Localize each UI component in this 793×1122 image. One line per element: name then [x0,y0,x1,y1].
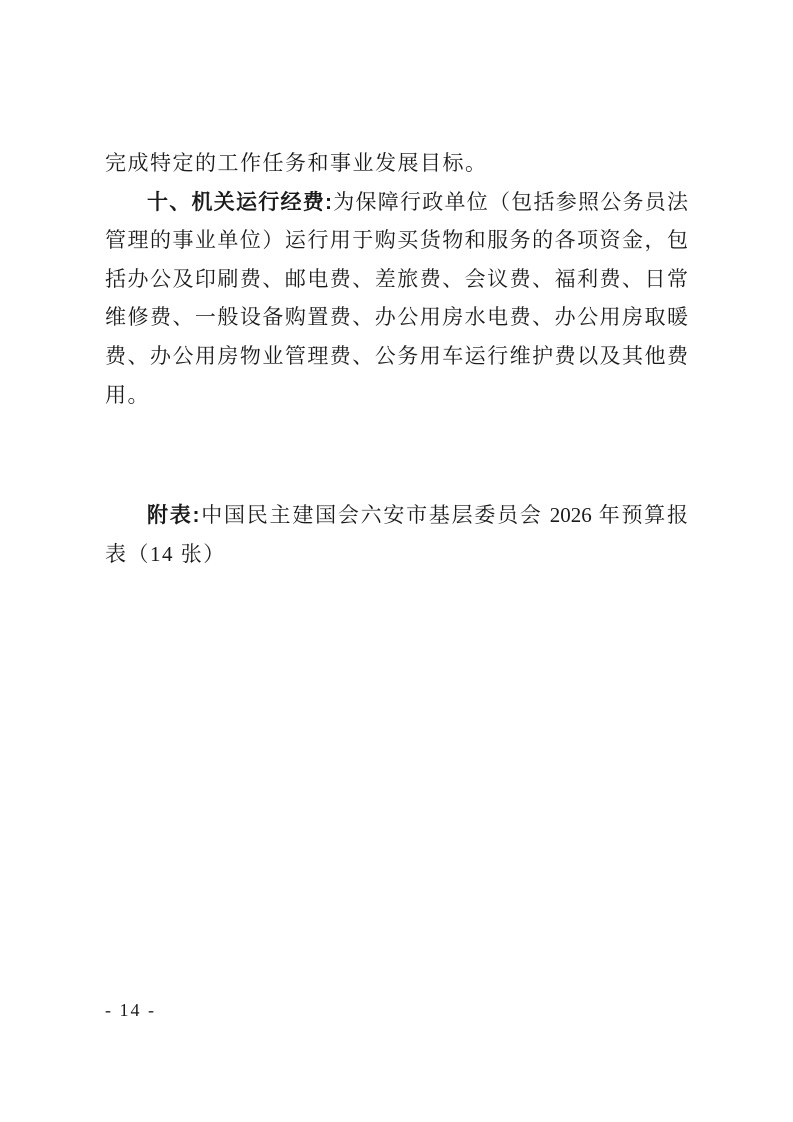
prev-paragraph-last-line: 完成特定的工作任务和事业发展目标。 [105,144,688,183]
section-10-line-5: 费、办公用房物业管理费、公务用车运行维护费以及其他费 [105,337,688,376]
section-10-line-2: 管理的事业单位）运行用于购买货物和服务的各项资金，包 [105,221,688,260]
annex-line-1-text: 中国民主建国会六安市基层委员会 2026 年预算报 [200,503,688,527]
annex-label: 附表: [147,504,200,527]
section-10-last-line: 用。 [105,376,688,415]
annex-line-1: 附表:中国民主建国会六安市基层委员会 2026 年预算报 [105,496,688,535]
section-10-line-1-text: 为保障行政单位（包括参照公务员法 [332,190,688,214]
section-10-line-3: 括办公及印刷费、邮电费、差旅费、会议费、福利费、日常 [105,260,688,299]
annex-note: 附表:中国民主建国会六安市基层委员会 2026 年预算报 表（14 张） [105,496,688,573]
page-body: 完成特定的工作任务和事业发展目标。 十、机关运行经费:为保障行政单位（包括参照公… [105,144,688,573]
annex-line-2: 表（14 张） [105,535,688,574]
page-number: - 14 - [105,1000,156,1021]
section-10-line-1: 十、机关运行经费:为保障行政单位（包括参照公务员法 [105,183,688,222]
section-10-heading: 十、机关运行经费: [147,191,332,214]
document-page: 完成特定的工作任务和事业发展目标。 十、机关运行经费:为保障行政单位（包括参照公… [0,0,793,1122]
section-10-line-4: 维修费、一般设备购置费、办公用房水电费、办公用房取暖 [105,298,688,337]
